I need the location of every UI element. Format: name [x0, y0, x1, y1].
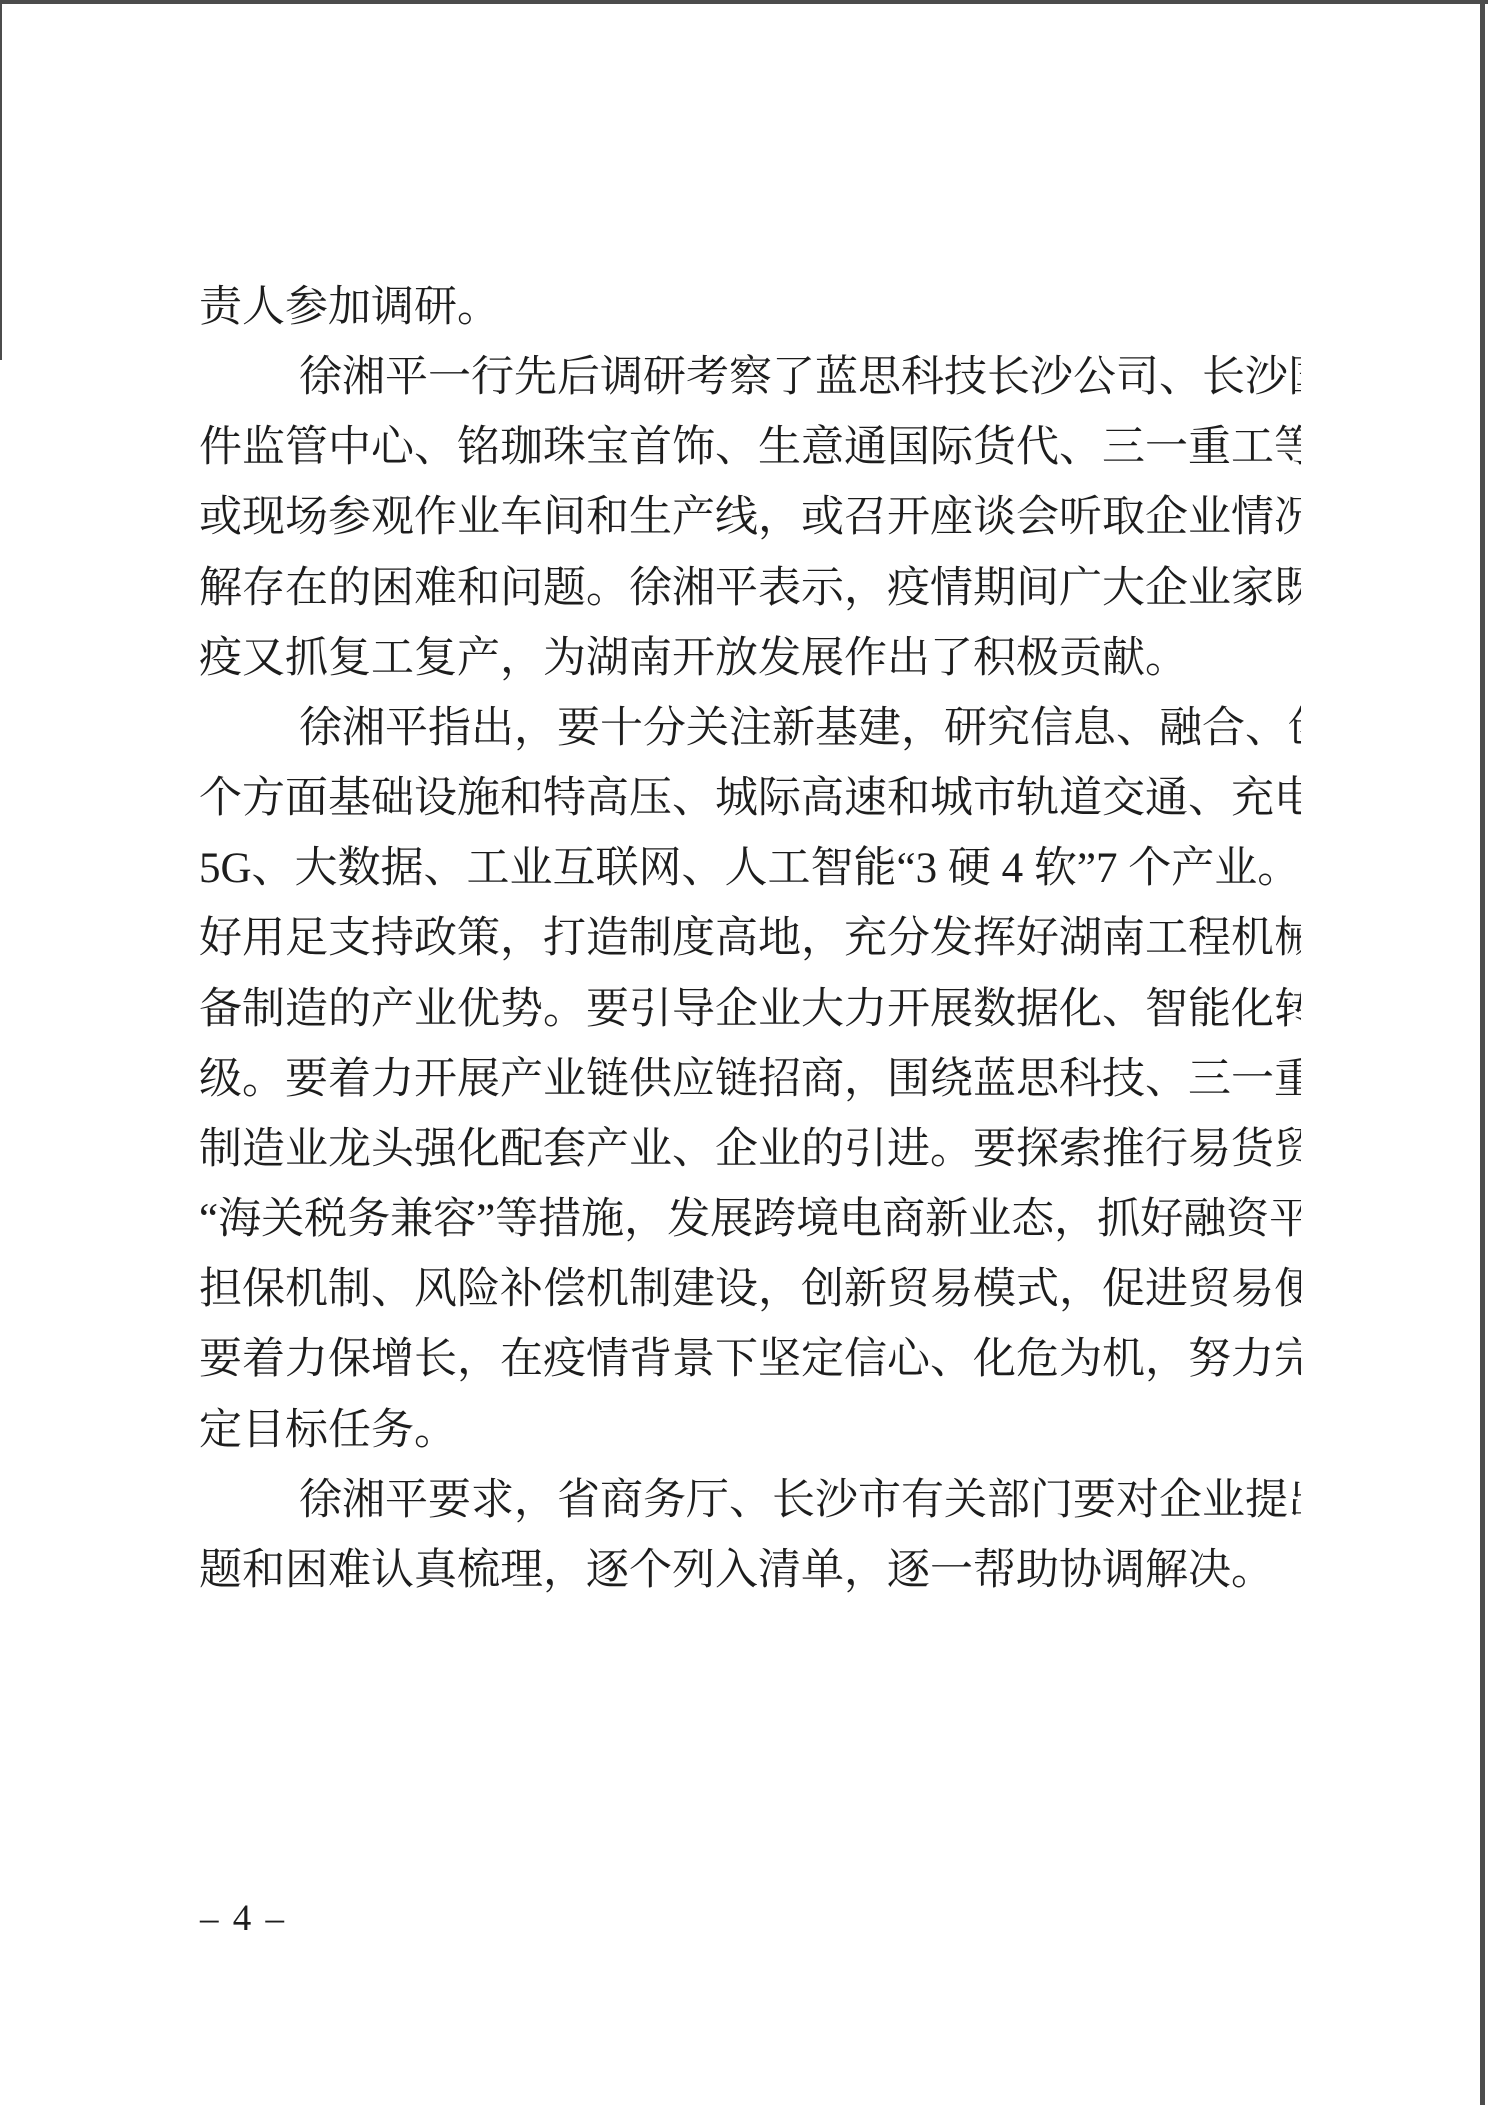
text-line: “海关税务兼容”等措施，发展跨境电商新业态，抓好融资平台、 [199, 1185, 1301, 1255]
scan-edge-top [0, 0, 1488, 4]
scan-edge-right [1480, 0, 1485, 2105]
text-line: 疫又抓复工复产，为湖南开放发展作出了积极贡献。 [199, 624, 1301, 694]
text-line: 好用足支持政策，打造制度高地，充分发挥好湖南工程机械和装 [199, 904, 1301, 974]
page-number: – 4 – [186, 1896, 298, 1942]
text-line: 备制造的产业优势。要引导企业大力开展数据化、智能化转型升 [199, 975, 1301, 1045]
text-line: 徐湘平要求，省商务厅、长沙市有关部门要对企业提出的问 [199, 1466, 1301, 1536]
text-line: 责人参加调研。 [199, 273, 1301, 343]
text-line: 级。要着力开展产业链供应链招商，围绕蓝思科技、三一重工等 [199, 1045, 1301, 1115]
document-body: 责人参加调研。徐湘平一行先后调研考察了蓝思科技长沙公司、长沙国际邮件监管中心、铭… [199, 273, 1301, 1606]
text-line: 徐湘平一行先后调研考察了蓝思科技长沙公司、长沙国际邮 [199, 343, 1301, 413]
scan-edge-left [0, 0, 2, 360]
document-page: 责人参加调研。徐湘平一行先后调研考察了蓝思科技长沙公司、长沙国际邮件监管中心、铭… [0, 0, 1488, 2105]
text-line: 制造业龙头强化配套产业、企业的引进。要探索推行易货贸易、 [199, 1115, 1301, 1185]
text-line: 担保机制、风险补偿机制建设，创新贸易模式，促进贸易便利化。 [199, 1255, 1301, 1325]
text-line: 5G、大数据、工业互联网、人工智能“3 硬 4 软”7 个产业。要用 [199, 834, 1301, 904]
text-line: 题和困难认真梳理，逐个列入清单，逐一帮助协调解决。 [199, 1536, 1301, 1606]
text-line: 徐湘平指出，要十分关注新基建，研究信息、融合、创新 3 [199, 694, 1301, 764]
text-line: 要着力保增长，在疫情背景下坚定信心、化危为机，努力完成既 [199, 1325, 1301, 1395]
text-line: 解存在的困难和问题。徐湘平表示，疫情期间广大企业家既抓抗 [199, 554, 1301, 624]
text-line: 个方面基础设施和特高压、城际高速和城市轨道交通、充电桩、 [199, 764, 1301, 834]
text-line: 定目标任务。 [199, 1396, 1301, 1466]
text-line: 件监管中心、铭珈珠宝首饰、生意通国际货代、三一重工等企业， [199, 413, 1301, 483]
text-line: 或现场参观作业车间和生产线，或召开座谈会听取企业情况、了 [199, 483, 1301, 553]
